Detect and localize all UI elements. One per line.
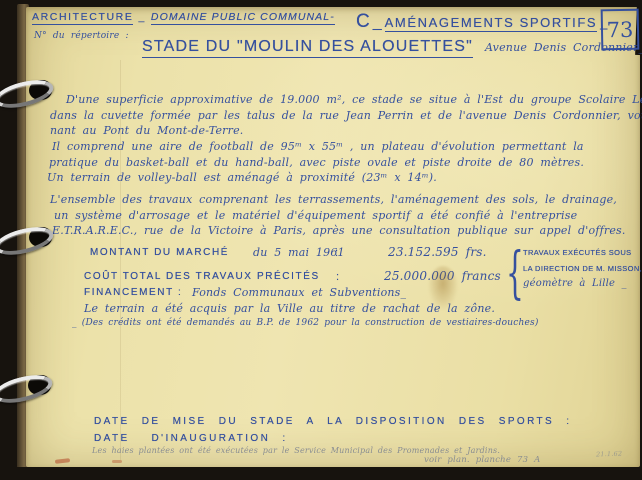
text-line: Il comprend une aire de football de 95ᵐ … [47, 139, 584, 155]
ink-stain [428, 266, 458, 310]
brace-glyph: { [506, 241, 524, 306]
cout-total-label: COÛT TOTAL DES TRAVAUX PRÉCITÉS [84, 271, 320, 282]
category-amenagements-sportifs: AMÉNAGEMENTS SPORTIFS [385, 15, 598, 32]
paragraph-superficie: D'une superficie approximative de 19.000… [50, 92, 642, 139]
financement-value: Fonds Communaux et Subventions_ [192, 286, 406, 299]
pencil-note-plantations: Les haies plantées ont été exécutées par… [92, 446, 500, 455]
date-inauguration-row: DATE D'INAUGURATION : [94, 433, 288, 444]
side-note-direction-travaux: { TRAVAUX EXÉCUTÉS SOUS LA DIRECTION DE … [508, 245, 642, 292]
text-line: L'ensemble des travaux comprenant les te… [50, 192, 626, 208]
cout-colon: : [336, 271, 339, 283]
header-section-right: C _ AMÉNAGEMENTS SPORTIFS _ [356, 11, 609, 33]
inauguration-label: D'INAUGURATION : [152, 433, 288, 444]
text-line: nant au Pont du Mont-de-Terre. [50, 123, 642, 139]
text-line: D'une superficie approximative de 19.000… [50, 92, 642, 108]
montant-colon: : [335, 247, 338, 259]
dash-separator: _ [138, 11, 145, 23]
repertoire-label: N° du répertoire : [34, 31, 129, 41]
date-label: DATE [94, 433, 130, 444]
paragraph-equipements: Il comprend une aire de football de 95ᵐ … [47, 139, 584, 186]
category-architecture: ARCHITECTURE [32, 11, 133, 25]
scanned-archive-card: ARCHITECTURE _ DOMAINE PUBLIC COMMUNAL- … [0, 0, 642, 480]
text-line: Un terrain de volley-ball est aménagé à … [47, 170, 584, 186]
section-letter-c: C [356, 11, 370, 33]
paragraph-travaux: L'ensemble des travaux comprenant les te… [50, 192, 626, 239]
scan-edge-bottom [0, 467, 642, 480]
text-line: dans la cuvette formée par les talus de … [50, 108, 642, 124]
side-note-line: TRAVAUX EXÉCUTÉS SOUS [523, 245, 642, 261]
header-categories: ARCHITECTURE _ DOMAINE PUBLIC COMMUNAL- [32, 11, 335, 25]
text-line: un système d'arrosage et le matériel d'é… [50, 208, 626, 224]
side-note-line: LA DIRECTION DE M. MISSON, [523, 261, 642, 277]
montant-marche-value: 23.152.595 frs. [388, 245, 487, 259]
title-row: STADE DU "MOULIN DES ALOUETTES" Avenue D… [142, 38, 642, 58]
text-line: pratique du basket-ball et du hand-ball,… [47, 155, 584, 171]
date-mise-disposition: DATE DE MISE DU STADE A LA DISPOSITION D… [94, 416, 571, 427]
page-title: STADE DU "MOULIN DES ALOUETTES" [142, 38, 473, 58]
financement-label: FINANCEMENT : [84, 287, 182, 298]
montant-marche-date: du 5 mai 1961 [253, 246, 345, 259]
pencil-date-annotation: 21.1.62 [596, 450, 622, 459]
red-mark [112, 460, 122, 463]
credits-note: _ (Des crédits ont été demandés au B.P. … [72, 318, 539, 328]
title-address: Avenue Denis Cordonnier_ [485, 41, 642, 54]
dash-separator: _ [373, 14, 382, 32]
montant-marche-label: MONTANT DU MARCHÉ [90, 247, 229, 258]
side-note-line: géomètre à Lille _ [523, 276, 642, 292]
pencil-plan-reference: voir plan. planche 73 A [424, 455, 540, 465]
category-domaine-public: DOMAINE PUBLIC COMMUNAL- [151, 11, 335, 25]
text-line: E.T.R.A.R.E.C., rue de la Victoire à Par… [50, 223, 626, 239]
